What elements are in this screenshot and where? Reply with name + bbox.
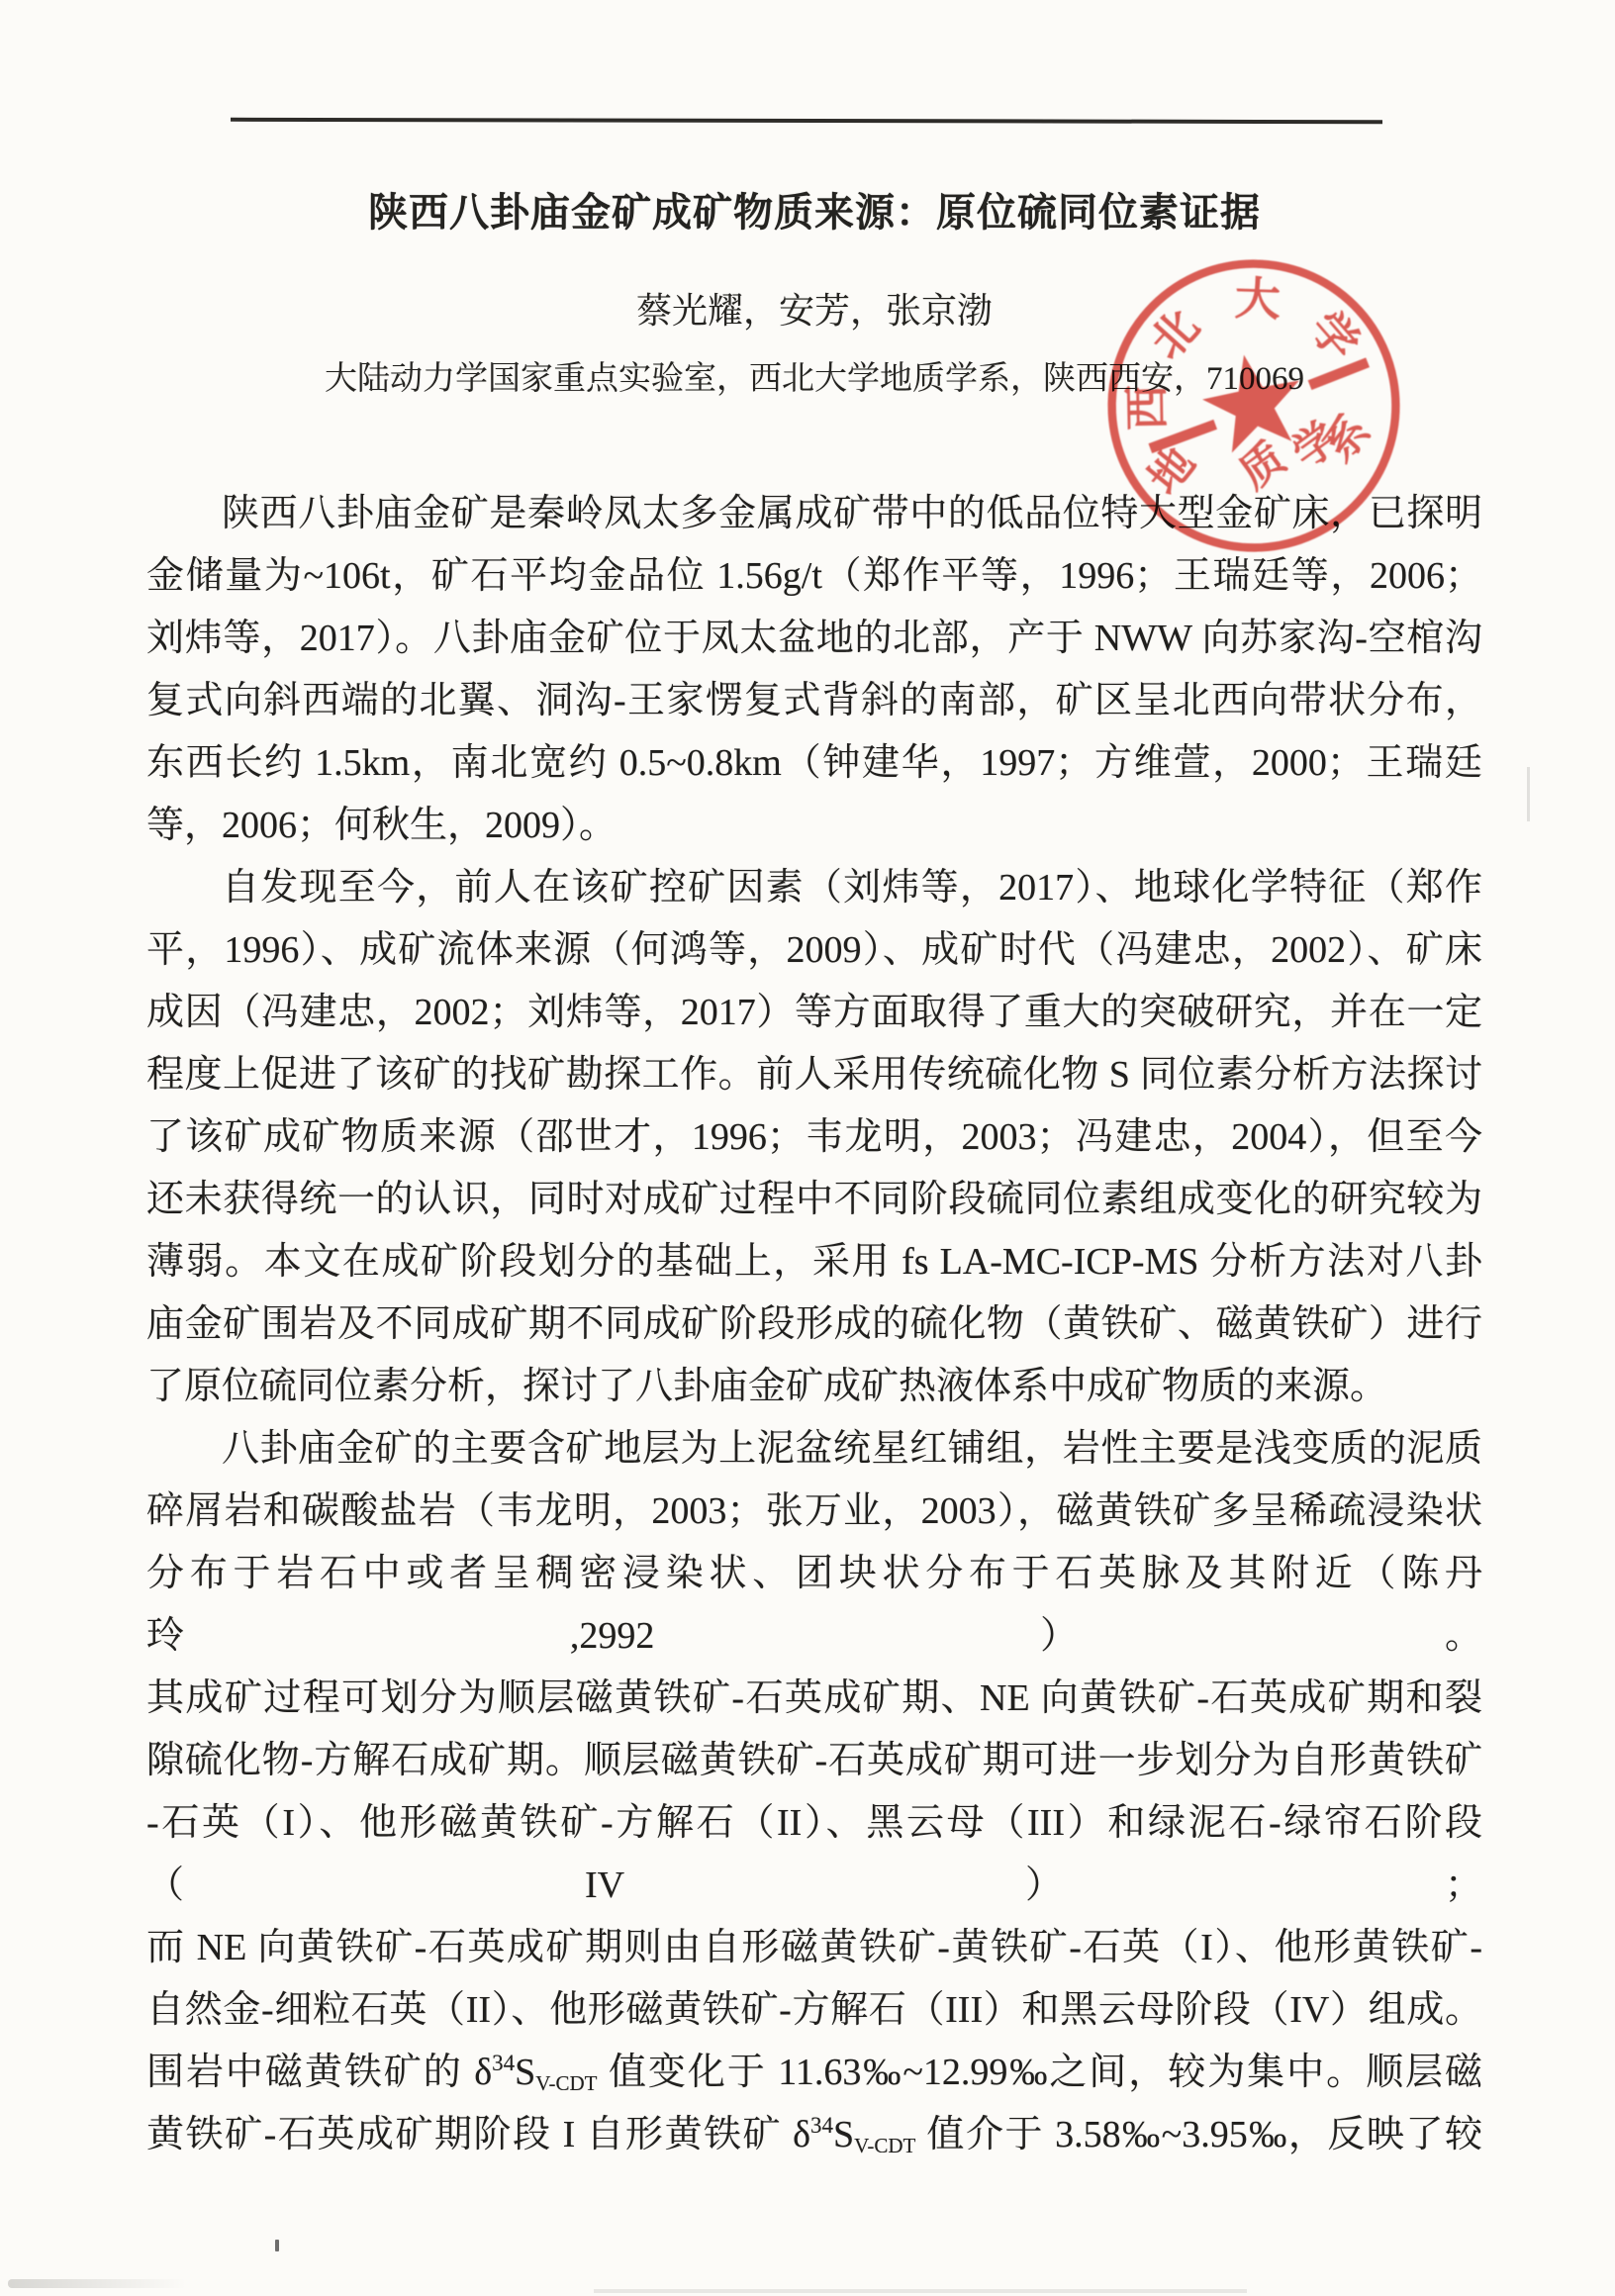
- body-line: 复式向斜西端的北翼、洞沟-王家愣复式背斜的南部，矿区呈北西向带状分布，: [146, 670, 1482, 732]
- scan-smudge: [594, 2289, 1247, 2293]
- body-line: 其成矿过程可划分为顺层磁黄铁矿-石英成矿期、NE 向黄铁矿-石英成矿期和裂: [146, 1668, 1482, 1730]
- stamp-char: 西: [1122, 384, 1174, 430]
- abstract-body: 陕西八卦庙金矿是秦岭凤太多金属成矿带中的低品位特大型金矿床，已探明金储量为~10…: [146, 483, 1482, 2166]
- scan-streak: [1527, 767, 1530, 821]
- body-line: 了原位硫同位素分析，探讨了八卦庙金矿成矿热液体系中成矿物质的来源。: [146, 1356, 1482, 1418]
- body-line: 程度上促进了该矿的找矿勘探工作。前人采用传统硫化物 S 同位素分析方法探讨: [146, 1044, 1482, 1106]
- scanned-paper-page: { "page": { "title": "陕西八卦庙金矿成矿物质来源：原位硫同…: [0, 0, 1615, 2296]
- body-line: 黄铁矿-石英成矿期阶段 I 自形黄铁矿 δ34SV-CDT 值介于 3.58‰~…: [146, 2104, 1482, 2166]
- stamp-dash-right: [1309, 362, 1370, 385]
- body-line: 自然金-细粒石英（II）、他形磁黄铁矿-方解石（III）和黑云母阶段（IV）组成…: [146, 1979, 1482, 2042]
- body-line: 还未获得统一的认识，同时对成矿过程中不同阶段硫同位素组成变化的研究较为: [146, 1169, 1482, 1231]
- stamp-char: 地: [1139, 438, 1204, 503]
- body-line: 围岩中磁黄铁矿的 δ34SV-CDT 值变化于 11.63‰~12.99‰之间，…: [146, 2042, 1482, 2104]
- body-line: 成因（冯建忠，2002；刘炜等，2017）等方面取得了重大的突破研究，并在一定: [146, 982, 1482, 1044]
- body-line: 平，1996）、成矿流体来源（何鸿等，2009）、成矿时代（冯建忠，2002）、…: [146, 919, 1482, 982]
- body-line: 了该矿成矿物质来源（邵世才，1996；韦龙明，2003；冯建忠，2004），但至…: [146, 1106, 1482, 1169]
- body-line: 八卦庙金矿的主要含矿地层为上泥盆统星红铺组，岩性主要是浅变质的泥质: [146, 1418, 1482, 1481]
- body-line: 薄弱。本文在成矿阶段划分的基础上，采用 fs LA-MC-ICP-MS 分析方法…: [146, 1231, 1482, 1293]
- body-line: 隙硫化物-方解石成矿期。顺层磁黄铁矿-石英成矿期可进一步划分为自形黄铁矿: [146, 1730, 1482, 1792]
- body-line: 刘炜等，2017）。八卦庙金矿位于凤太盆地的北部，产于 NWW 向苏家沟-空棺沟: [146, 608, 1482, 670]
- body-line: -石英（I）、他形磁黄铁矿-方解石（II）、黑云母（III）和绿泥石-绿帘石阶段…: [146, 1792, 1482, 1917]
- paper-title: 陕西八卦庙金矿成矿物质来源：原位硫同位素证据: [146, 181, 1482, 238]
- scan-smudge: [8, 2279, 186, 2288]
- stamp-char: 大: [1234, 273, 1282, 326]
- body-line: 等，2006；何秋生，2009）。: [146, 795, 1482, 857]
- body-line: 碎屑岩和碳酸盐岩（韦龙明，2003；张万业，2003），磁黄铁矿多呈稀疏浸染状: [146, 1481, 1482, 1543]
- body-line: 而 NE 向黄铁矿-石英成矿期则由自形磁黄铁矿-黄铁矿-石英（I）、他形黄铁矿-: [146, 1917, 1482, 1979]
- scan-speck: [275, 2240, 279, 2251]
- body-line: 分布于岩石中或者呈稠密浸染状、团块状分布于石英脉及其附近（陈丹玲,2992）。: [146, 1543, 1482, 1668]
- body-line: 东西长约 1.5km，南北宽约 0.5~0.8km（钟建华，1997；方维萱，2…: [146, 732, 1482, 795]
- university-seal-stamp: 西 北 大 学 地 质 学 系: [1091, 242, 1417, 569]
- body-line: 庙金矿围岩及不同成矿期不同成矿阶段形成的硫化物（黄铁矿、磁黄铁矿）进行: [146, 1293, 1482, 1356]
- header-rule: [231, 118, 1382, 124]
- body-line: 自发现至今，前人在该矿控矿因素（刘炜等，2017）、地球化学特征（郑作: [146, 857, 1482, 919]
